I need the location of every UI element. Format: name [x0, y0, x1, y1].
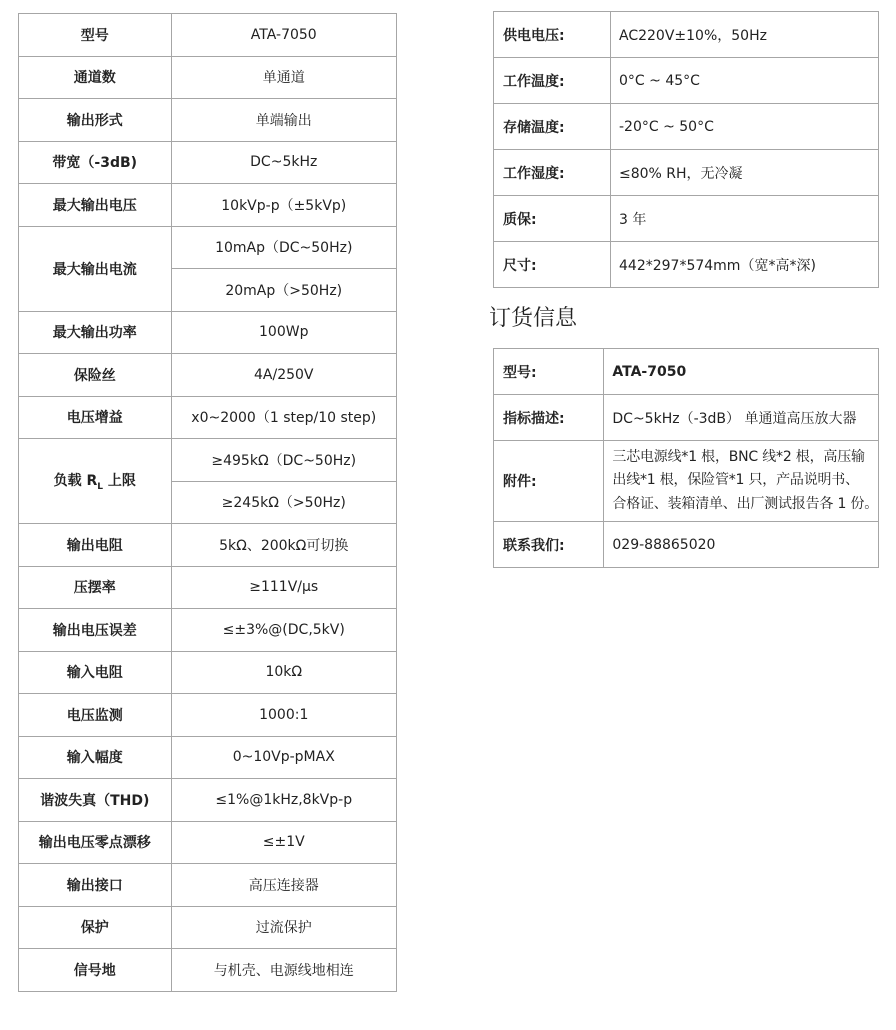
- spec-label-output-interface: 输出接口: [19, 864, 172, 907]
- spec-value-output-resistance: 5kΩ、200kΩ可切换: [171, 524, 397, 567]
- spec-value-protection: 过流保护: [171, 906, 397, 949]
- spec-label-signal-ground: 信号地: [19, 949, 172, 992]
- spec-value-load-limit-2: ≥245kΩ（>50Hz): [171, 481, 397, 524]
- spec-label-slew-rate: 压摆率: [19, 566, 172, 609]
- order-info-table: 型号: ATA-7050 指标描述: DC~5kHz（-3dB） 单通道高压放大…: [493, 348, 879, 568]
- table-row: 型号 ATA-7050: [19, 14, 397, 57]
- order-label-accessories: 附件:: [494, 441, 604, 522]
- spec-value-input-amplitude: 0~10Vp-pMAX: [171, 736, 397, 779]
- spec-value-slew-rate: ≥111V/μs: [171, 566, 397, 609]
- spec-label-thd: 谐波失真（THD): [19, 779, 172, 822]
- spec-label-input-amplitude: 输入幅度: [19, 736, 172, 779]
- spec-value-storage-temp: -20°C ~ 50°C: [611, 104, 879, 150]
- spec-value-dimensions: 442*297*574mm（宽*高*深): [611, 242, 879, 288]
- spec-value-input-resistance: 10kΩ: [171, 651, 397, 694]
- spec-value-voltage-monitor: 1000:1: [171, 694, 397, 737]
- spec-value-max-current-2: 20mAp（>50Hz): [171, 269, 397, 312]
- table-row: 联系我们: 029-88865020: [494, 522, 879, 568]
- table-row: 工作湿度: ≤80% RH，无冷凝: [494, 150, 879, 196]
- spec-label-load-limit: 负载 RL 上限: [19, 439, 172, 524]
- order-value-accessories: 三芯电源线*1 根，BNC 线*2 根，高压输 出线*1 根，保险管*1 只，产…: [604, 441, 879, 522]
- spec-value-load-limit-1: ≥495kΩ（DC~50Hz): [171, 439, 397, 482]
- table-row: 最大输出电流 10mAp（DC~50Hz): [19, 226, 397, 269]
- table-row: 输出电压误差 ≤±3%@(DC,5kV): [19, 609, 397, 652]
- table-row: 通道数 单通道: [19, 56, 397, 99]
- spec-table-right: 供电电压: AC220V±10%，50Hz 工作温度: 0°C ~ 45°C 存…: [493, 11, 879, 288]
- spec-value-bandwidth: DC~5kHz: [171, 141, 397, 184]
- spec-label-channels: 通道数: [19, 56, 172, 99]
- table-row: 输出接口 高压连接器: [19, 864, 397, 907]
- table-row: 输入电阻 10kΩ: [19, 651, 397, 694]
- table-row: 型号: ATA-7050: [494, 349, 879, 395]
- table-row: 输出形式 单端输出: [19, 99, 397, 142]
- spec-value-channels: 单通道: [171, 56, 397, 99]
- spec-value-signal-ground: 与机壳、电源线地相连: [171, 949, 397, 992]
- spec-value-humidity: ≤80% RH，无冷凝: [611, 150, 879, 196]
- spec-label-protection: 保护: [19, 906, 172, 949]
- order-label-model: 型号:: [494, 349, 604, 395]
- table-row: 尺寸: 442*297*574mm（宽*高*深): [494, 242, 879, 288]
- table-row: 保险丝 4A/250V: [19, 354, 397, 397]
- order-label-contact: 联系我们:: [494, 522, 604, 568]
- spec-label-humidity: 工作湿度:: [494, 150, 611, 196]
- spec-label-max-voltage: 最大输出电压: [19, 184, 172, 227]
- spec-value-zero-drift: ≤±1V: [171, 821, 397, 864]
- spec-label-fuse: 保险丝: [19, 354, 172, 397]
- table-row: 负载 RL 上限 ≥495kΩ（DC~50Hz): [19, 439, 397, 482]
- spec-value-output-form: 单端输出: [171, 99, 397, 142]
- spec-value-supply-voltage: AC220V±10%，50Hz: [611, 12, 879, 58]
- spec-label-input-resistance: 输入电阻: [19, 651, 172, 694]
- table-row: 供电电压: AC220V±10%，50Hz: [494, 12, 879, 58]
- table-row: 保护 过流保护: [19, 906, 397, 949]
- table-row: 输入幅度 0~10Vp-pMAX: [19, 736, 397, 779]
- spec-label-supply-voltage: 供电电压:: [494, 12, 611, 58]
- table-row: 压摆率 ≥111V/μs: [19, 566, 397, 609]
- table-row: 电压增益 x0~2000（1 step/10 step): [19, 396, 397, 439]
- accessories-line: 三芯电源线*1 根，BNC 线*2 根，高压输: [612, 446, 878, 470]
- spec-label-max-power: 最大输出功率: [19, 311, 172, 354]
- spec-label-warranty: 质保:: [494, 196, 611, 242]
- spec-value-warranty: 3 年: [611, 196, 879, 242]
- spec-label-output-form: 输出形式: [19, 99, 172, 142]
- table-row: 最大输出电压 10kVp-p（±5kVp): [19, 184, 397, 227]
- spec-label-max-current: 最大输出电流: [19, 226, 172, 311]
- spec-label-voltage-error: 输出电压误差: [19, 609, 172, 652]
- spec-value-thd: ≤1%@1kHz,8kVp-p: [171, 779, 397, 822]
- accessories-line: 出线*1 根，保险管*1 只，产品说明书、: [612, 469, 878, 493]
- spec-label-gain: 电压增益: [19, 396, 172, 439]
- spec-label-zero-drift: 输出电压零点漂移: [19, 821, 172, 864]
- spec-table-left: 型号 ATA-7050 通道数 单通道 输出形式 单端输出 带宽（-3dB) D…: [18, 13, 397, 992]
- spec-value-gain: x0~2000（1 step/10 step): [171, 396, 397, 439]
- table-row: 最大输出功率 100Wp: [19, 311, 397, 354]
- spec-label-voltage-monitor: 电压监测: [19, 694, 172, 737]
- table-row: 质保: 3 年: [494, 196, 879, 242]
- spec-label-output-resistance: 输出电阻: [19, 524, 172, 567]
- table-row: 带宽（-3dB) DC~5kHz: [19, 141, 397, 184]
- spec-label-model: 型号: [19, 14, 172, 57]
- spec-value-max-current-1: 10mAp（DC~50Hz): [171, 226, 397, 269]
- order-value-model: ATA-7050: [604, 349, 879, 395]
- spec-value-operating-temp: 0°C ~ 45°C: [611, 58, 879, 104]
- table-row: 信号地 与机壳、电源线地相连: [19, 949, 397, 992]
- order-value-description: DC~5kHz（-3dB） 单通道高压放大器: [604, 395, 879, 441]
- order-info-heading: 订货信息: [489, 301, 577, 332]
- table-row: 输出电阻 5kΩ、200kΩ可切换: [19, 524, 397, 567]
- table-row: 电压监测 1000:1: [19, 694, 397, 737]
- order-value-contact: 029-88865020: [604, 522, 879, 568]
- spec-value-model: ATA-7050: [171, 14, 397, 57]
- spec-label-dimensions: 尺寸:: [494, 242, 611, 288]
- accessories-line: 合格证、装箱清单、出厂测试报告各 1 份。: [612, 493, 878, 517]
- table-row: 附件: 三芯电源线*1 根，BNC 线*2 根，高压输 出线*1 根，保险管*1…: [494, 441, 879, 522]
- table-row: 工作温度: 0°C ~ 45°C: [494, 58, 879, 104]
- table-row: 存储温度: -20°C ~ 50°C: [494, 104, 879, 150]
- table-row: 输出电压零点漂移 ≤±1V: [19, 821, 397, 864]
- spec-value-max-voltage: 10kVp-p（±5kVp): [171, 184, 397, 227]
- spec-value-fuse: 4A/250V: [171, 354, 397, 397]
- spec-value-voltage-error: ≤±3%@(DC,5kV): [171, 609, 397, 652]
- table-row: 谐波失真（THD) ≤1%@1kHz,8kVp-p: [19, 779, 397, 822]
- order-label-description: 指标描述:: [494, 395, 604, 441]
- spec-label-storage-temp: 存储温度:: [494, 104, 611, 150]
- spec-value-output-interface: 高压连接器: [171, 864, 397, 907]
- spec-value-max-power: 100Wp: [171, 311, 397, 354]
- table-row: 指标描述: DC~5kHz（-3dB） 单通道高压放大器: [494, 395, 879, 441]
- spec-label-bandwidth: 带宽（-3dB): [19, 141, 172, 184]
- spec-label-operating-temp: 工作温度:: [494, 58, 611, 104]
